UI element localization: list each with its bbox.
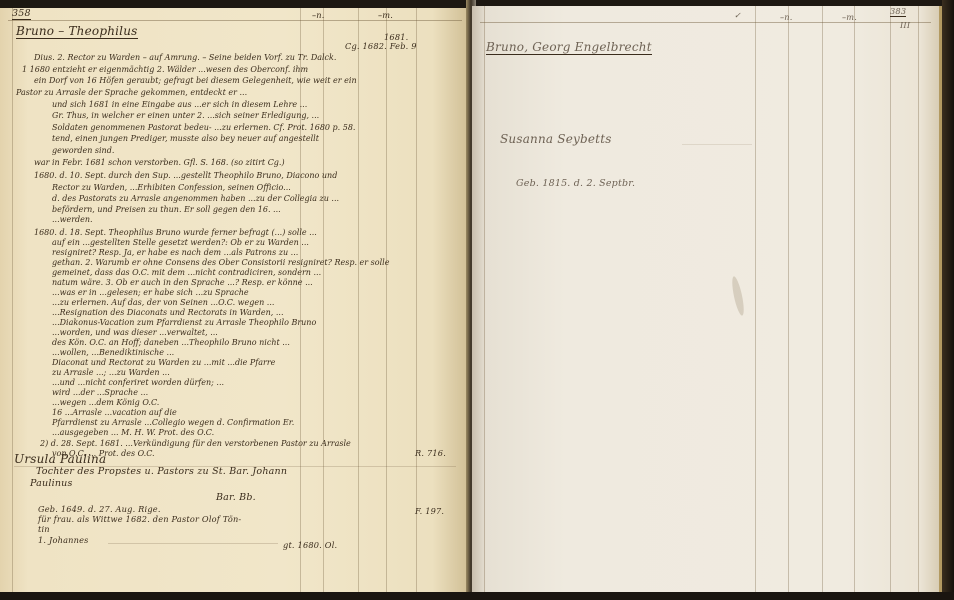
entry-name-bruno-georg: Bruno, Georg Engelbrecht: [486, 40, 652, 55]
column-mark: –n.: [780, 12, 793, 22]
entry-name-bruno-theophilus: Bruno – Theophilus: [16, 24, 138, 39]
reference-number: R. 716.: [415, 448, 446, 458]
entry-line: [682, 144, 752, 145]
right-page: ✓ –n. –m. 383 III Bruno, Georg Engelbrec…: [472, 6, 942, 594]
child-entry: 1. Johannes: [38, 535, 89, 545]
reference-number: F. 197.: [415, 506, 444, 516]
margin-rule: [12, 8, 13, 593]
bottom-edge: [0, 592, 954, 600]
column-rule: [300, 8, 301, 593]
column-rule: [854, 6, 855, 594]
entry-name-susanna: Susanna Seybetts: [500, 132, 612, 146]
column-rule: [358, 8, 359, 593]
entry-name-ursula-paulina: Ursula Paulina: [14, 452, 106, 466]
child-note: gt. 1680. Ol.: [283, 540, 337, 550]
entry-line: Tochter des Propstes u. Pastors zu St. B…: [36, 466, 287, 477]
entry-line: tin: [38, 524, 50, 534]
column-rule: [755, 6, 756, 594]
column-mark: –m.: [378, 10, 393, 20]
column-rule: [386, 8, 387, 593]
margin-date: Cg. 1682. Feb. 9: [345, 41, 417, 51]
column-rule: [890, 6, 891, 594]
entry-line: Geb. 1649. d. 27. Aug. Rige.: [38, 504, 161, 514]
page-sub-number: III: [900, 20, 910, 30]
child-line: [108, 543, 278, 544]
birth-date: Geb. 1815. d. 2. Septbr.: [516, 178, 635, 189]
book-edge: [942, 0, 954, 600]
column-rule: [788, 6, 789, 594]
entry-line: für frau. als Wittwe 1682. den Pastor Ol…: [38, 514, 241, 524]
register-scan: 358 –n. –m. Bruno – Theophilus 1681. Cg.…: [0, 0, 954, 600]
page-number: 383: [890, 6, 906, 17]
header-rule: [8, 20, 462, 21]
margin-rule: [484, 6, 485, 594]
column-rule: [323, 8, 324, 593]
column-rule: [918, 6, 919, 594]
column-rule: [822, 6, 823, 594]
entry-subheading: Bar. Bb.: [216, 492, 256, 503]
paper-stain: [730, 276, 746, 317]
page-number: 358: [12, 8, 31, 20]
check-mark: ✓: [734, 10, 741, 20]
left-page: 358 –n. –m. Bruno – Theophilus 1681. Cg.…: [0, 8, 470, 593]
header-rule: [480, 22, 931, 23]
column-mark: –m.: [842, 12, 857, 22]
entry-line: Paulinus: [30, 478, 73, 489]
column-mark: –n.: [312, 10, 325, 20]
